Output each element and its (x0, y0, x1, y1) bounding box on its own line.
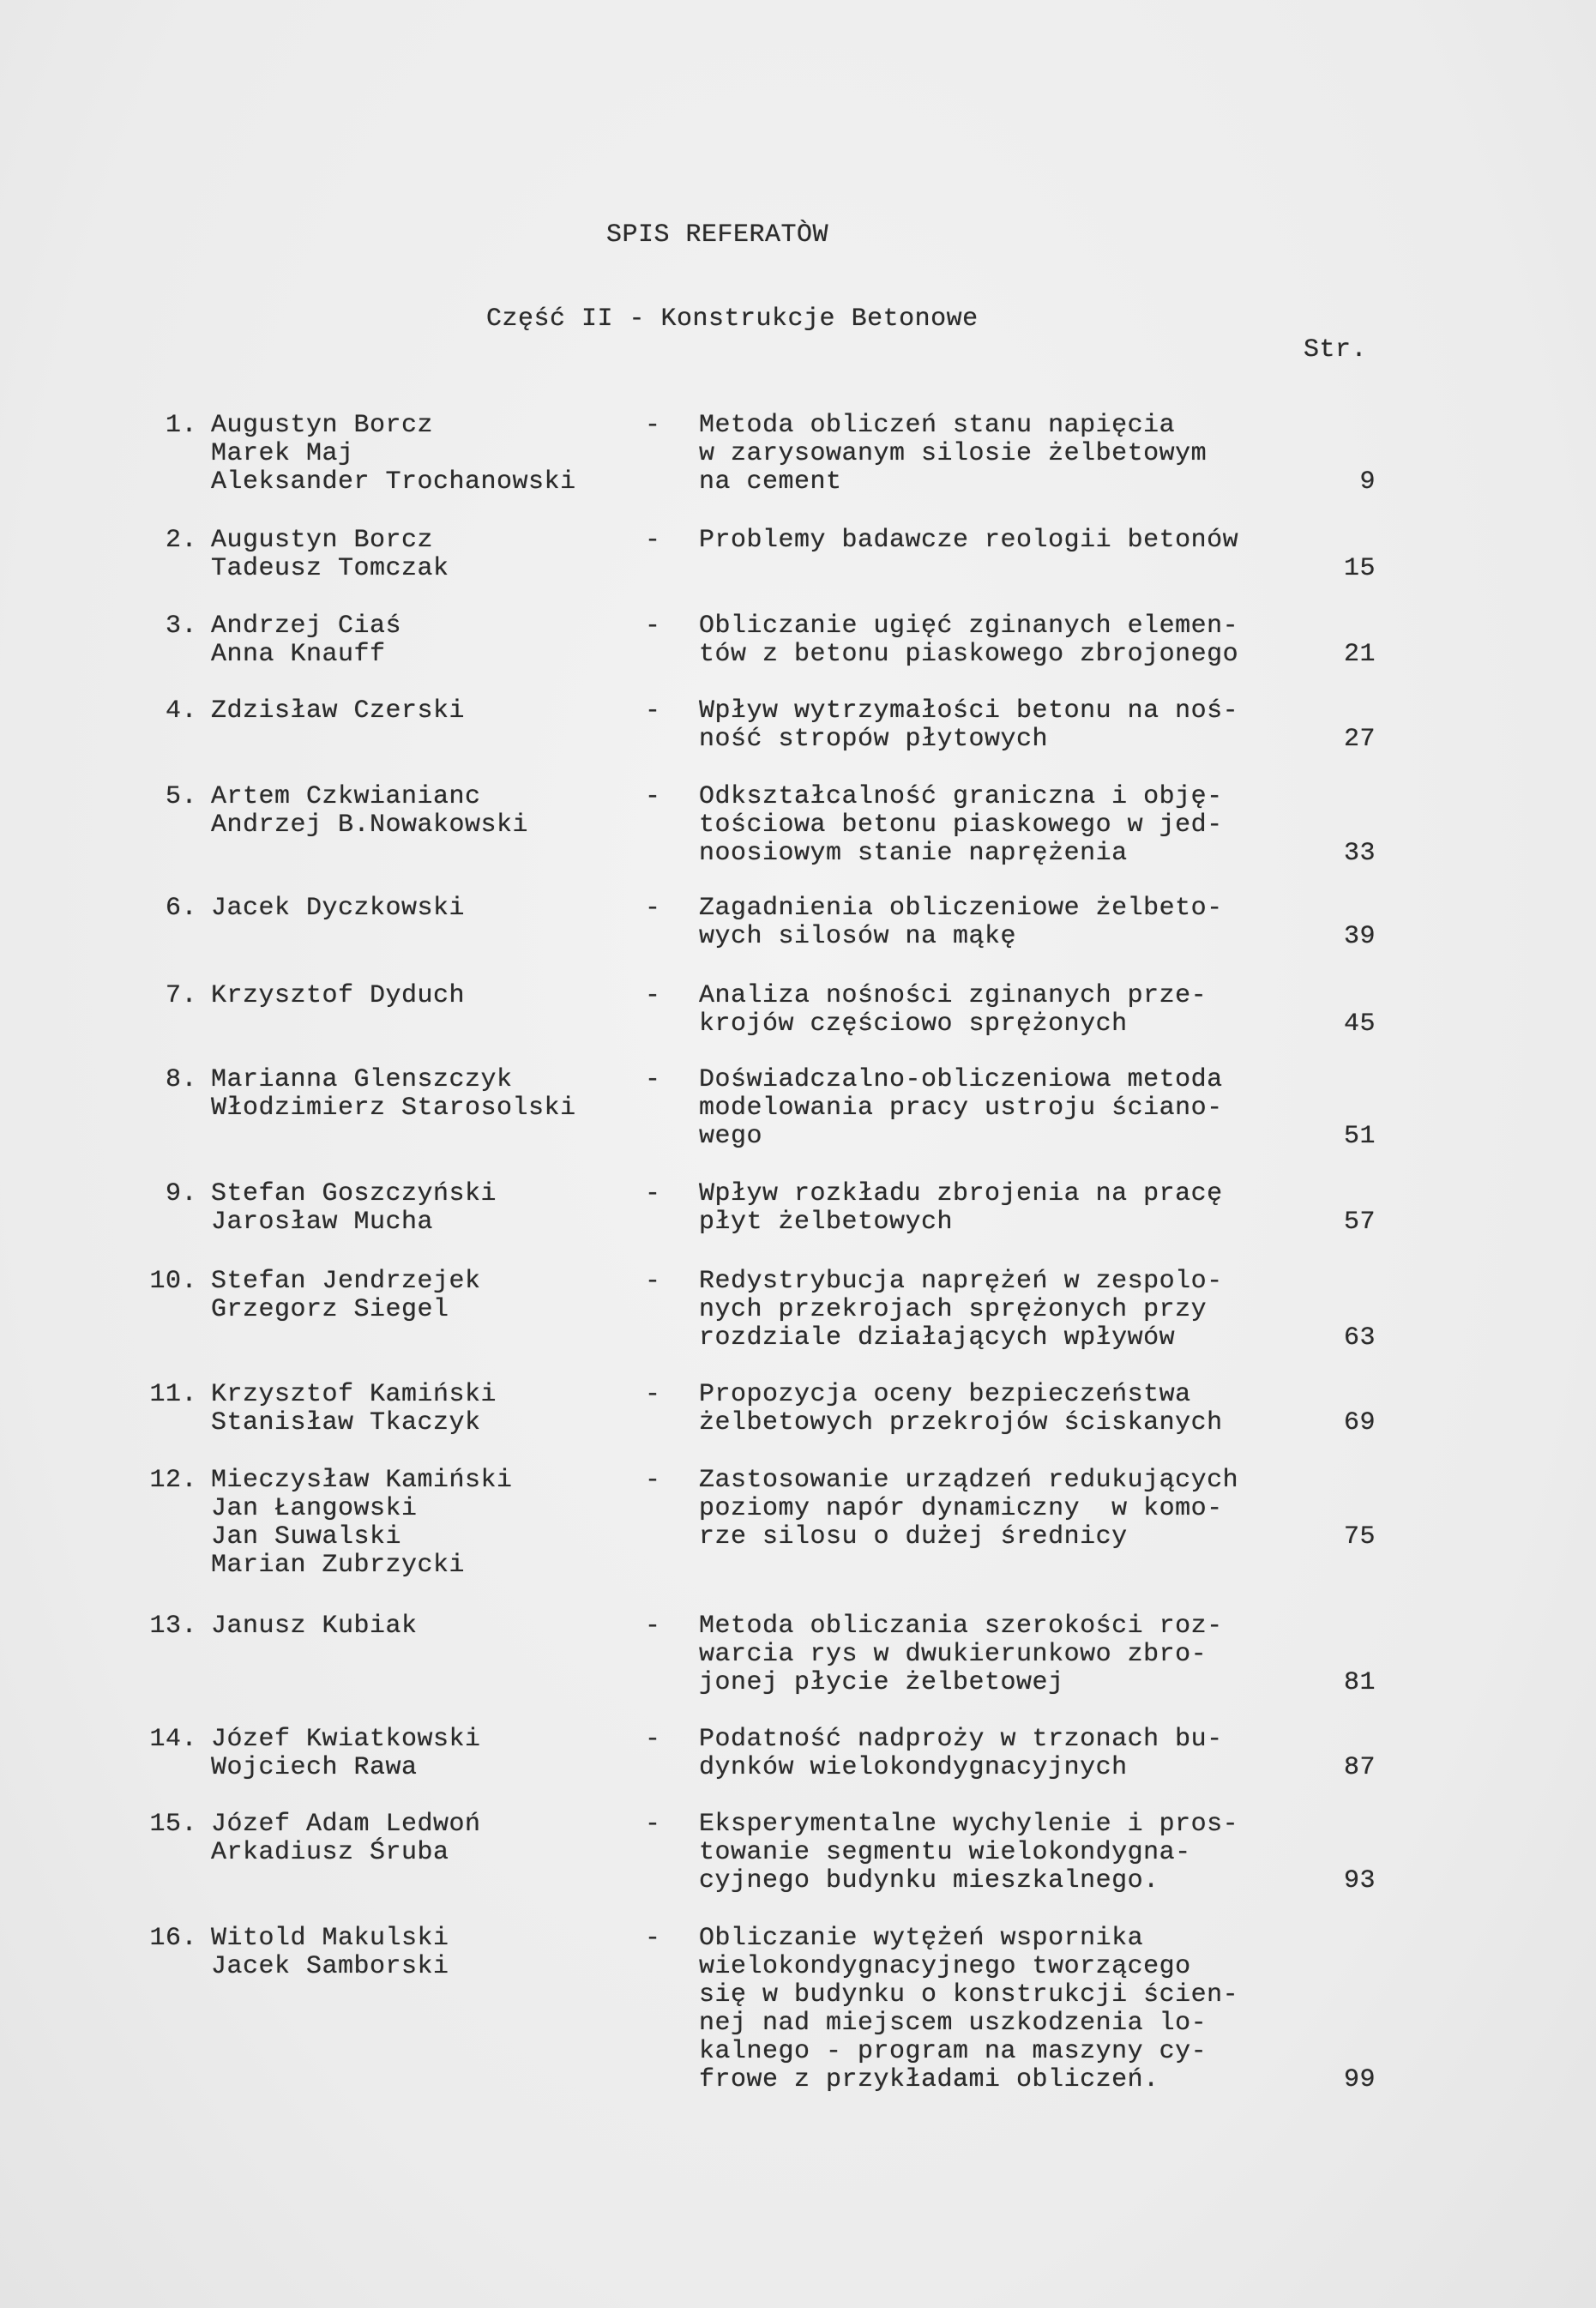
author-name: Jarosław Mucha (211, 1208, 497, 1237)
entry-page-number: 57 (1321, 1208, 1376, 1237)
title-line: Obliczanie wytężeń wspornika (699, 1925, 1238, 1953)
title-line: Problemy badawcze reologii betonów (699, 527, 1238, 555)
author-name: Wojciech Rawa (211, 1754, 481, 1782)
title-line: Propozycja oceny bezpieczeństwa (699, 1381, 1223, 1409)
title-line: noosiowym stanie naprężenia (699, 840, 1223, 868)
entry-page-number: 27 (1321, 726, 1376, 754)
entry-dash: - (645, 612, 661, 641)
title-line: w zarysowanym silosie żelbetowym (699, 440, 1207, 468)
entry-authors: Marianna GlenszczykWłodzimierz Starosols… (211, 1066, 576, 1123)
entry-page-number: 39 (1321, 923, 1376, 951)
entry-page-number: 75 (1321, 1523, 1376, 1552)
entry-authors: Stefan JendrzejekGrzegorz Siegel (211, 1268, 481, 1324)
title-line: Analiza nośności zginanych prze- (699, 982, 1207, 1010)
author-name: Jacek Samborski (211, 1953, 449, 1981)
entry-dash: - (645, 412, 661, 440)
entry-page-number: 33 (1321, 840, 1376, 868)
title-line: Wpływ wytrzymałości betonu na noś- (699, 697, 1238, 726)
document-page: SPIS REFERATÒW Część II - Konstrukcje Be… (0, 0, 1596, 2308)
author-name: Marian Zubrzycki (211, 1552, 513, 1580)
author-name: Marianna Glenszczyk (211, 1066, 576, 1094)
entry-title: Podatność nadproży w trzonach bu-dynków … (699, 1726, 1223, 1782)
author-name: Włodzimierz Starosolski (211, 1094, 576, 1123)
title-line: ność stropów płytowych (699, 726, 1238, 754)
title-line: jonej płycie żelbetowej (699, 1669, 1223, 1697)
entry-title: Metoda obliczania szerokości roz-warcia … (699, 1612, 1223, 1697)
title-line: krojów częściowo sprężonych (699, 1010, 1207, 1039)
entry-number: 12. (137, 1467, 197, 1495)
entry-dash: - (645, 527, 661, 555)
title-line: Zastosowanie urządzeń redukujących (699, 1467, 1238, 1495)
entry-number: 13. (137, 1612, 197, 1641)
entry-number: 15. (137, 1811, 197, 1839)
author-name: Artem Czkwianianc (211, 783, 528, 811)
title-line: wego (699, 1123, 1223, 1151)
entry-page-number: 9 (1321, 468, 1376, 497)
entry-dash: - (645, 1726, 661, 1754)
entry-title: Doświadczalno-obliczeniowa metodamodelow… (699, 1066, 1223, 1151)
entry-authors: Jacek Dyczkowski (211, 895, 465, 923)
entry-page-number: 69 (1321, 1409, 1376, 1437)
author-name: Mieczysław Kamiński (211, 1467, 513, 1495)
author-name: Jacek Dyczkowski (211, 895, 465, 923)
entry-dash: - (645, 1612, 661, 1641)
entry-title: Problemy badawcze reologii betonów (699, 527, 1238, 555)
author-name: Anna Knauff (211, 641, 401, 669)
entry-dash: - (645, 1925, 661, 1953)
title-line: frowe z przykładami obliczeń. (699, 2066, 1238, 2094)
entry-title: Metoda obliczeń stanu napięciaw zarysowa… (699, 412, 1207, 497)
entry-authors: Józef Adam LedwońArkadiusz Śruba (211, 1811, 481, 1867)
entry-number: 6. (137, 895, 197, 923)
entry-dash: - (645, 1066, 661, 1094)
entry-dash: - (645, 1381, 661, 1409)
title-line: Metoda obliczeń stanu napięcia (699, 412, 1207, 440)
entry-title: Zagadnienia obliczeniowe żelbeto-wych si… (699, 895, 1223, 951)
author-name: Krzysztof Dyduch (211, 982, 465, 1010)
entry-authors: Augustyn BorczMarek MajAleksander Trocha… (211, 412, 576, 497)
entry-number: 14. (137, 1726, 197, 1754)
title-line: cyjnego budynku mieszkalnego. (699, 1867, 1238, 1895)
entry-authors: Krzysztof KamińskiStanisław Tkaczyk (211, 1381, 497, 1437)
entry-page-number: 87 (1321, 1754, 1376, 1782)
entry-number: 16. (137, 1925, 197, 1953)
entry-dash: - (645, 1268, 661, 1296)
entry-number: 5. (137, 783, 197, 811)
title-line: się w budynku o konstrukcji ścien- (699, 1981, 1238, 2010)
entry-dash: - (645, 895, 661, 923)
title-line: żelbetowych przekrojów ściskanych (699, 1409, 1223, 1437)
entry-dash: - (645, 1467, 661, 1495)
entry-page-number: 51 (1321, 1123, 1376, 1151)
author-name: Janusz Kubiak (211, 1612, 418, 1641)
entry-dash: - (645, 1180, 661, 1208)
entry-number: 4. (137, 697, 197, 726)
entry-title: Obliczanie wytężeń wspornikawielokondygn… (699, 1925, 1238, 2094)
title-line: na cement (699, 468, 1207, 497)
author-name: Grzegorz Siegel (211, 1296, 481, 1324)
title-line: rozdziale działających wpływów (699, 1324, 1223, 1353)
entry-number: 2. (137, 527, 197, 555)
document-title: SPIS REFERATÒW (606, 221, 828, 250)
entry-number: 1. (137, 412, 197, 440)
title-line: rze silosu o dużej średnicy (699, 1523, 1238, 1552)
entry-authors: Mieczysław KamińskiJan ŁangowskiJan Suwa… (211, 1467, 513, 1580)
entry-dash: - (645, 697, 661, 726)
title-line: poziomy napór dynamiczny w komo- (699, 1495, 1238, 1523)
title-line: modelowania pracy ustroju ściano- (699, 1094, 1223, 1123)
title-line: tów z betonu piaskowego zbrojonego (699, 641, 1238, 669)
entry-dash: - (645, 982, 661, 1010)
entry-number: 9. (137, 1180, 197, 1208)
title-line: wych silosów na mąkę (699, 923, 1223, 951)
entry-page-number: 45 (1321, 1010, 1376, 1039)
entry-authors: Józef KwiatkowskiWojciech Rawa (211, 1726, 481, 1782)
entry-authors: Witold MakulskiJacek Samborski (211, 1925, 449, 1981)
entry-title: Wpływ wytrzymałości betonu na noś-ność s… (699, 697, 1238, 754)
entry-authors: Artem CzkwianiancAndrzej B.Nowakowski (211, 783, 528, 840)
title-line: dynków wielokondygnacyjnych (699, 1754, 1223, 1782)
entry-number: 3. (137, 612, 197, 641)
title-line: Doświadczalno-obliczeniowa metoda (699, 1066, 1223, 1094)
author-name: Krzysztof Kamiński (211, 1381, 497, 1409)
entry-page-number: 21 (1321, 641, 1376, 669)
entry-title: Wpływ rozkładu zbrojenia na pracępłyt że… (699, 1180, 1223, 1237)
entry-dash: - (645, 783, 661, 811)
entry-page-number: 93 (1321, 1867, 1376, 1895)
title-line: nej nad miejscem uszkodzenia lo- (699, 2010, 1238, 2038)
author-name: Jan Suwalski (211, 1523, 513, 1552)
author-name: Józef Kwiatkowski (211, 1726, 481, 1754)
title-line: Zagadnienia obliczeniowe żelbeto- (699, 895, 1223, 923)
entry-title: Odkształcalność graniczna i obję-tościow… (699, 783, 1223, 868)
entry-dash: - (645, 1811, 661, 1839)
entry-title: Obliczanie ugięć zginanych elemen-tów z … (699, 612, 1238, 669)
title-line: nych przekrojach sprężonych przy (699, 1296, 1223, 1324)
title-line: Wpływ rozkładu zbrojenia na pracę (699, 1180, 1223, 1208)
author-name: Jan Łangowski (211, 1495, 513, 1523)
author-name: Zdzisław Czerski (211, 697, 465, 726)
author-name: Stefan Goszczyński (211, 1180, 497, 1208)
author-name: Tadeusz Tomczak (211, 555, 449, 583)
entry-page-number: 99 (1321, 2066, 1376, 2094)
entry-number: 8. (137, 1066, 197, 1094)
entry-page-number: 81 (1321, 1669, 1376, 1697)
author-name: Witold Makulski (211, 1925, 449, 1953)
entry-number: 7. (137, 982, 197, 1010)
entry-authors: Krzysztof Dyduch (211, 982, 465, 1010)
entry-title: Eksperymentalne wychylenie i pros-towani… (699, 1811, 1238, 1895)
title-line: Podatność nadproży w trzonach bu- (699, 1726, 1223, 1754)
author-name: Arkadiusz Śruba (211, 1839, 481, 1867)
author-name: Andrzej Ciaś (211, 612, 401, 641)
entry-number: 11. (137, 1381, 197, 1409)
title-line: wielokondygnacyjnego tworzącego (699, 1953, 1238, 1981)
entry-title: Redystrybucja naprężeń w zespolo-nych pr… (699, 1268, 1223, 1353)
entry-title: Propozycja oceny bezpieczeństważelbetowy… (699, 1381, 1223, 1437)
entry-number: 10. (137, 1268, 197, 1296)
title-line: Metoda obliczania szerokości roz- (699, 1612, 1223, 1641)
title-line: kalnego - program na maszyny cy- (699, 2038, 1238, 2066)
entry-title: Analiza nośności zginanych prze-krojów c… (699, 982, 1207, 1039)
title-line: Redystrybucja naprężeń w zespolo- (699, 1268, 1223, 1296)
author-name: Aleksander Trochanowski (211, 468, 576, 497)
title-line: Obliczanie ugięć zginanych elemen- (699, 612, 1238, 641)
entry-authors: Janusz Kubiak (211, 1612, 418, 1641)
entry-authors: Andrzej CiaśAnna Knauff (211, 612, 401, 669)
author-name: Stanisław Tkaczyk (211, 1409, 497, 1437)
title-line: tościowa betonu piaskowego w jed- (699, 811, 1223, 840)
page-column-header: Str. (1304, 336, 1367, 365)
author-name: Andrzej B.Nowakowski (211, 811, 528, 840)
entry-title: Zastosowanie urządzeń redukującychpoziom… (699, 1467, 1238, 1552)
author-name: Stefan Jendrzejek (211, 1268, 481, 1296)
title-line: towanie segmentu wielokondygna- (699, 1839, 1238, 1867)
author-name: Józef Adam Ledwoń (211, 1811, 481, 1839)
title-line: warcia rys w dwukierunkowo zbro- (699, 1641, 1223, 1669)
entry-page-number: 15 (1321, 555, 1376, 583)
author-name: Augustyn Borcz (211, 412, 576, 440)
author-name: Augustyn Borcz (211, 527, 449, 555)
title-line: Odkształcalność graniczna i obję- (699, 783, 1223, 811)
title-line: płyt żelbetowych (699, 1208, 1223, 1237)
entry-authors: Augustyn BorczTadeusz Tomczak (211, 527, 449, 583)
entry-authors: Stefan GoszczyńskiJarosław Mucha (211, 1180, 497, 1237)
part-title: Część II - Konstrukcje Betonowe (486, 305, 979, 334)
author-name: Marek Maj (211, 440, 576, 468)
entry-page-number: 63 (1321, 1324, 1376, 1353)
title-line: Eksperymentalne wychylenie i pros- (699, 1811, 1238, 1839)
entry-authors: Zdzisław Czerski (211, 697, 465, 726)
